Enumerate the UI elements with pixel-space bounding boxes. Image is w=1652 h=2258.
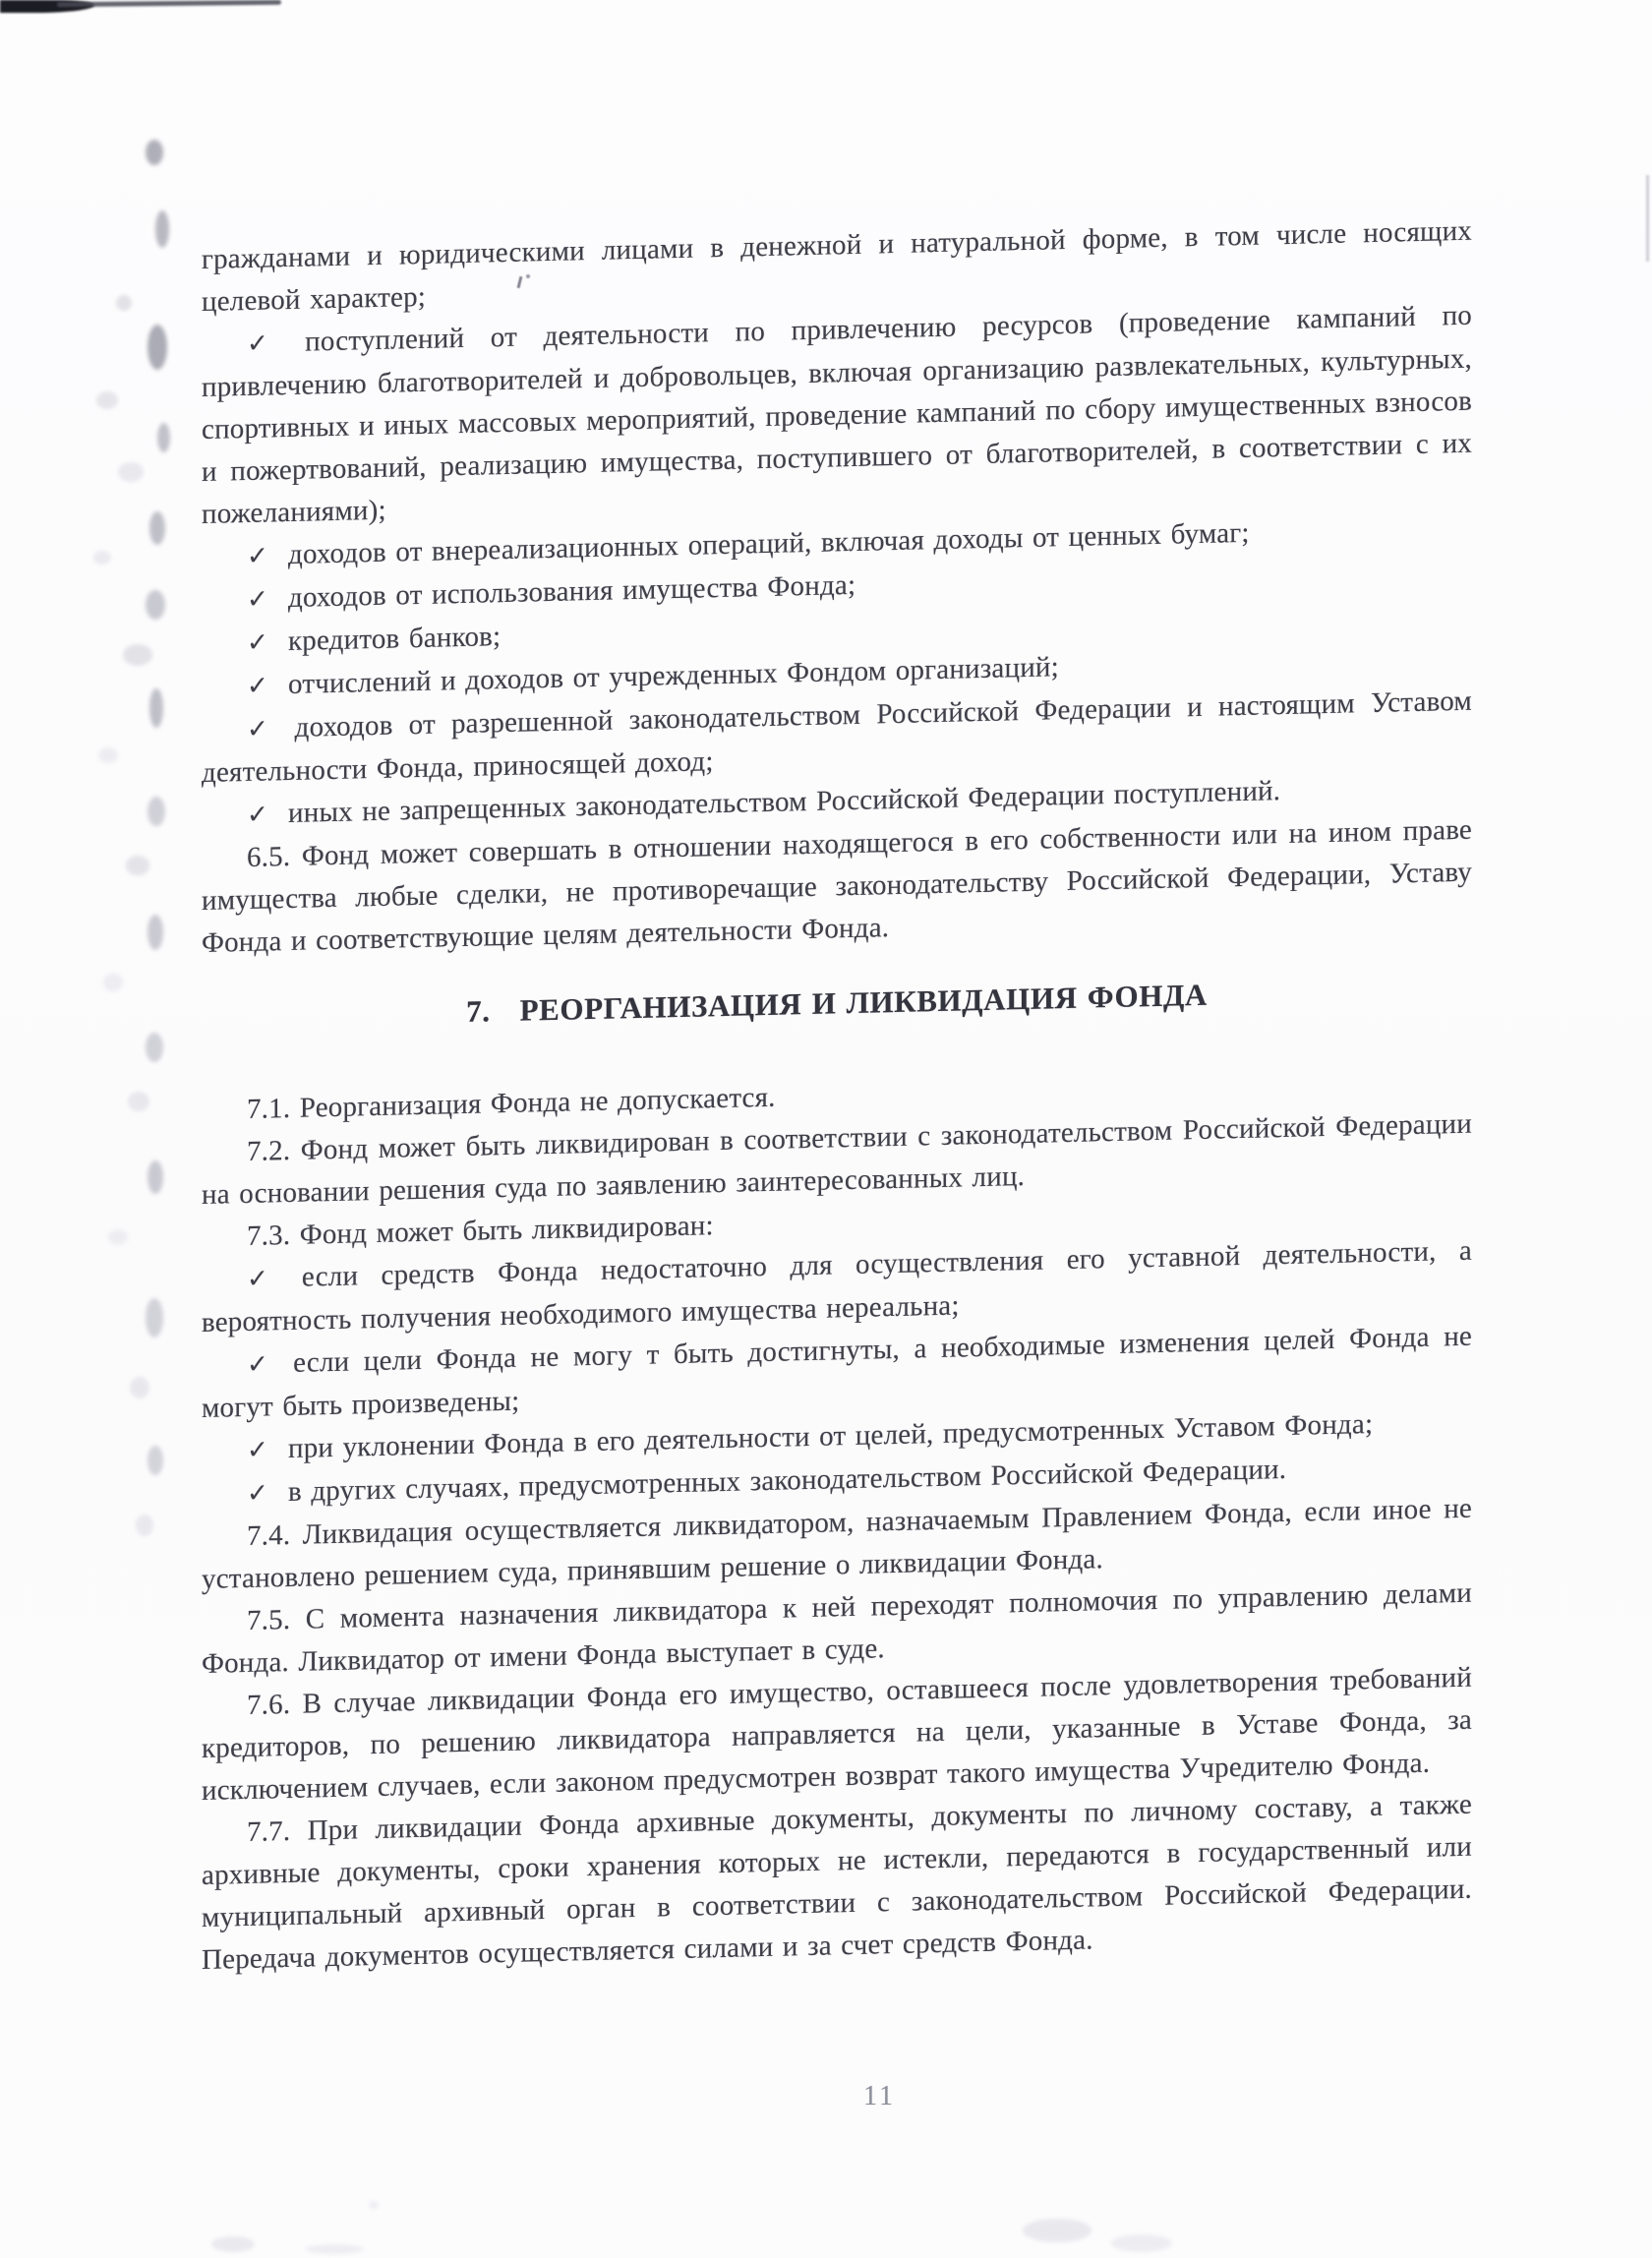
scan-smudge [369,2201,379,2209]
section-title: РЕОРГАНИЗАЦИЯ И ЛИКВИДАЦИЯ ФОНДА [520,978,1208,1028]
checkmark-bullet: ✓ [247,541,268,570]
section-number: 7. [466,993,490,1029]
checkmark-bullet: ✓ [247,1435,268,1464]
scan-edge-line [1646,175,1649,262]
scan-smudge [305,2244,364,2254]
scan-smudge [147,325,167,370]
list-item: ✓поступлений от деятельности по привлече… [202,295,1472,536]
list-item-text: доходов от использования имущества Фонда… [288,569,855,614]
scan-smudge [147,915,163,950]
scan-smudge [126,856,149,875]
scan-smudge [98,747,118,763]
scan-smudge [128,1092,149,1111]
checkmark-bullet: ✓ [247,714,275,744]
checkmark-bullet: ✓ [247,671,268,700]
document-text: гражданами и юридическими лицами в денеж… [202,210,1472,1982]
scan-edge-streak [57,0,281,7]
checkmark-bullet: ✓ [247,1349,273,1380]
scan-smudge [108,1229,128,1245]
checkmark-bullet: ✓ [247,627,268,657]
scan-smudge [123,644,152,666]
scan-smudge [146,1298,163,1337]
scan-smudge [147,1160,163,1194]
scanned-document-page: гражданами и юридическими лицами в денеж… [0,0,1652,2258]
scan-smudge [147,797,165,826]
scan-smudge [118,462,144,482]
scan-smudge [136,1515,153,1536]
scan-smudge [130,1377,149,1398]
list-item-text: поступлений от деятельности по привлечен… [202,300,1472,530]
checkmark-bullet: ✓ [247,328,285,359]
list-item-text: кредитов банков; [288,621,501,657]
scan-smudge [146,590,165,620]
scan-smudge [149,511,165,545]
section-heading: 7.РЕОРГАНИЗАЦИЯ И ЛИКВИДАЦИЯ ФОНДА [202,968,1472,1039]
scan-smudge [1023,2219,1091,2242]
scan-smudge [103,974,123,991]
scan-smudge [96,391,118,409]
scan-smudge [149,688,163,728]
scan-smudge [146,140,163,165]
scan-smudge [211,2236,255,2252]
scan-smudge [146,1033,163,1062]
checkmark-bullet: ✓ [247,1478,268,1508]
scan-smudge [147,1446,163,1475]
paragraph-7-7: 7.7. При ликвидации Фонда архивные докум… [202,1784,1472,1982]
scan-smudge [1111,2234,1172,2252]
scan-smudge [116,295,132,311]
scan-smudge [93,551,111,564]
checkmark-bullet: ✓ [247,584,268,614]
scan-smudge [155,210,169,248]
page-number: 11 [863,2081,896,2112]
scan-smudge [157,423,170,452]
checkmark-bullet: ✓ [247,1264,282,1294]
checkmark-bullet: ✓ [247,800,268,829]
